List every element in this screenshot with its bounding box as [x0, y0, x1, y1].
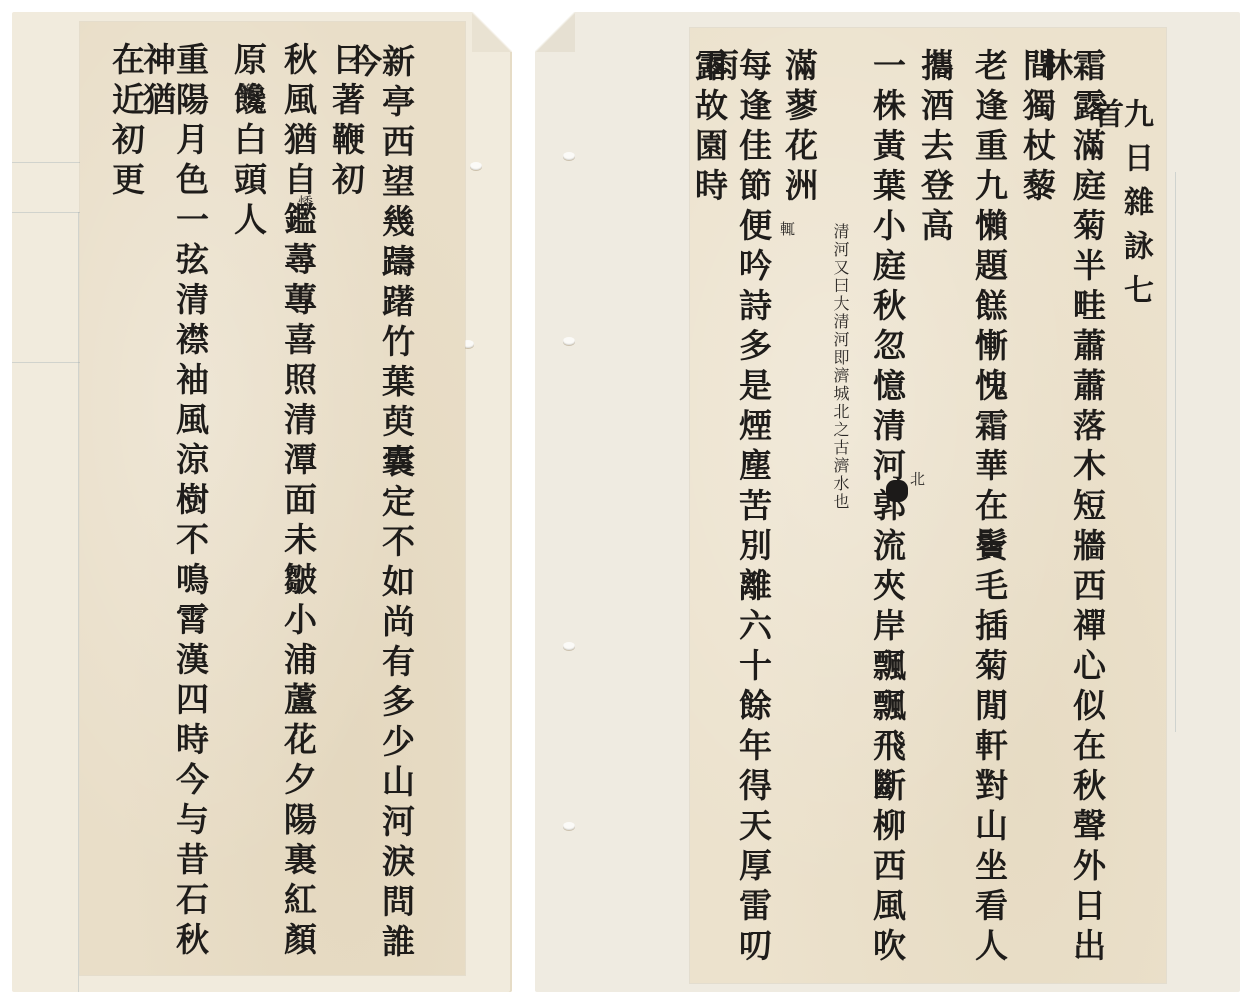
- correction-annotation: 饞: [240, 80, 255, 101]
- correction-annotation: 輒: [780, 218, 795, 239]
- ink-blot-deletion: [886, 480, 908, 502]
- correction-annotation: 悸: [298, 192, 313, 213]
- poem-column: 一株黃葉小庭秋忽憶清河郭流夾岸飄飄飛斷柳西風吹: [871, 48, 904, 978]
- poem-column: 在近初更: [110, 42, 143, 242]
- grid-line: [12, 362, 82, 363]
- poem-column: 露故園時: [693, 48, 726, 248]
- grid-line: [12, 162, 82, 163]
- poem-column: 攜酒去登高: [919, 48, 952, 268]
- grid-line: [12, 212, 82, 213]
- left-manuscript-page: 新亭西望幾躊躇竹葉萸囊定不如尚有多少山河淚問誰今 日著鞭初 秋風猶自鑑蕁蓴喜照清…: [80, 22, 465, 975]
- poem-column: 滿蓼花洲: [783, 48, 816, 278]
- binding-hole: [563, 822, 575, 830]
- binding-hole: [563, 152, 575, 160]
- correction-annotation: 北: [910, 468, 925, 489]
- grid-line: [1175, 172, 1176, 732]
- poem-column: 日著鞭初: [330, 42, 363, 242]
- poem-column: 間獨杖藜: [1021, 48, 1054, 248]
- binding-hole: [470, 162, 482, 170]
- binding-hole: [563, 642, 575, 650]
- right-manuscript-page: 九日雜詠七首 霜露滿庭菊半畦蕭蕭落木短牆西禪心似在秋聲外日出林 間獨杖藜 老逢重…: [690, 28, 1166, 983]
- explanatory-note: 清河又曰大清河即濟城北之古濟水也: [832, 223, 848, 593]
- poem-column: 秋風猶自鑑蕁蓴喜照清潭面未皺小浦蘆花夕陽裏紅顏: [282, 42, 315, 962]
- binding-hole: [563, 337, 575, 345]
- grid-line: [78, 212, 79, 992]
- poem-column: 重陽月色一弦清襟袖風涼樹不鳴霄漢四時今与昔石秋神猶: [141, 42, 207, 972]
- poem-column: 老逢重九懶題餻慚愧霜華在鬢毛插菊閒軒對山坐看人: [973, 48, 1006, 978]
